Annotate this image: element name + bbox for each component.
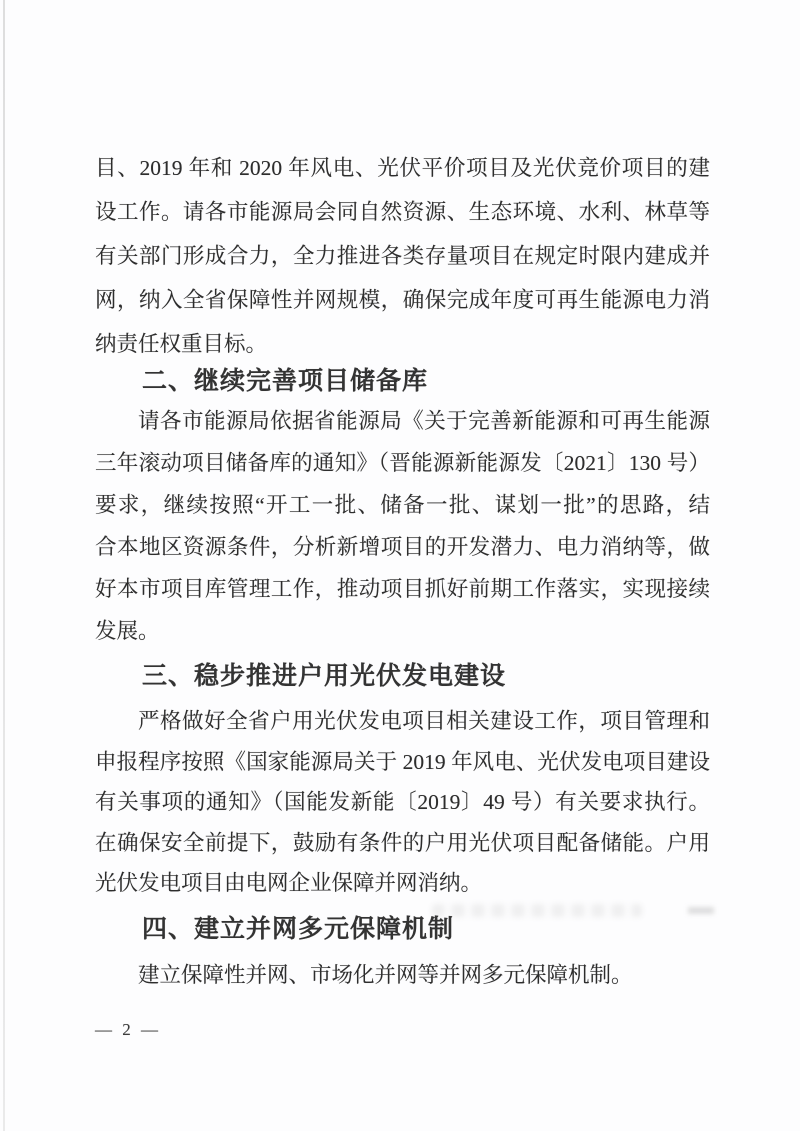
- text-line: 光伏发电项目由电网企业保障并网消纳。: [95, 863, 710, 904]
- text-line: 建立保障性并网、市场化并网等并网多元保障机制。: [95, 954, 710, 996]
- paragraph: 严格做好全省户用光伏发电项目相关建设工作，项目管理和申报程序按照《国家能源局关于…: [95, 701, 710, 904]
- document-body: 目、2019 年和 2020 年风电、光伏平价项目及光伏竞价项目的建设工作。请各…: [95, 146, 710, 996]
- text-line: 有关事项的通知》（国能发新能〔2019〕49 号）有关要求执行。: [95, 782, 710, 823]
- ink-bleed-artifact: [688, 907, 714, 914]
- section-heading: 四、建立并网多元保障机制: [95, 914, 710, 944]
- document-page: 目、2019 年和 2020 年风电、光伏平价项目及光伏竞价项目的建设工作。请各…: [0, 0, 800, 1131]
- text-line: 三年滚动项目储备库的通知》（晋能源新能源发〔2021〕130 号）: [95, 442, 710, 484]
- text-line: 要求，继续按照“开工一批、储备一批、谋划一批”的思路，结: [95, 484, 710, 526]
- section-heading: 三、稳步推进户用光伏发电建设: [95, 661, 710, 691]
- text-line: 申报程序按照《国家能源局关于 2019 年风电、光伏发电项目建设: [95, 742, 710, 783]
- section-heading: 二、继续完善项目储备库: [95, 366, 710, 396]
- paragraph: 建立保障性并网、市场化并网等并网多元保障机制。: [95, 954, 710, 996]
- ink-bleed-artifact: [432, 904, 642, 917]
- text-line: 在确保安全前提下，鼓励有条件的户用光伏项目配备储能。户用: [95, 823, 710, 864]
- text-line: 有关部门形成合力，全力推进各类存量项目在规定时限内建成并: [95, 234, 710, 278]
- text-line: 好本市项目库管理工作，推动项目抓好前期工作落实，实现接续: [95, 568, 710, 610]
- text-line: 目、2019 年和 2020 年风电、光伏平价项目及光伏竞价项目的建: [95, 146, 710, 190]
- paragraph: 目、2019 年和 2020 年风电、光伏平价项目及光伏竞价项目的建设工作。请各…: [95, 146, 710, 366]
- page-number: — 2 —: [95, 1020, 161, 1040]
- paragraph: 请各市能源局依据省能源局《关于完善新能源和可再生能源三年滚动项目储备库的通知》（…: [95, 400, 710, 652]
- text-line: 纳责任权重目标。: [95, 322, 710, 366]
- text-line: 严格做好全省户用光伏发电项目相关建设工作，项目管理和: [95, 701, 710, 742]
- text-line: 设工作。请各市能源局会同自然资源、生态环境、水利、林草等: [95, 190, 710, 234]
- scan-edge-line: [3, 0, 5, 1131]
- text-line: 请各市能源局依据省能源局《关于完善新能源和可再生能源: [95, 400, 710, 442]
- text-line: 发展。: [95, 610, 710, 652]
- text-line: 合本地区资源条件，分析新增项目的开发潜力、电力消纳等，做: [95, 526, 710, 568]
- text-line: 网，纳入全省保障性并网规模，确保完成年度可再生能源电力消: [95, 278, 710, 322]
